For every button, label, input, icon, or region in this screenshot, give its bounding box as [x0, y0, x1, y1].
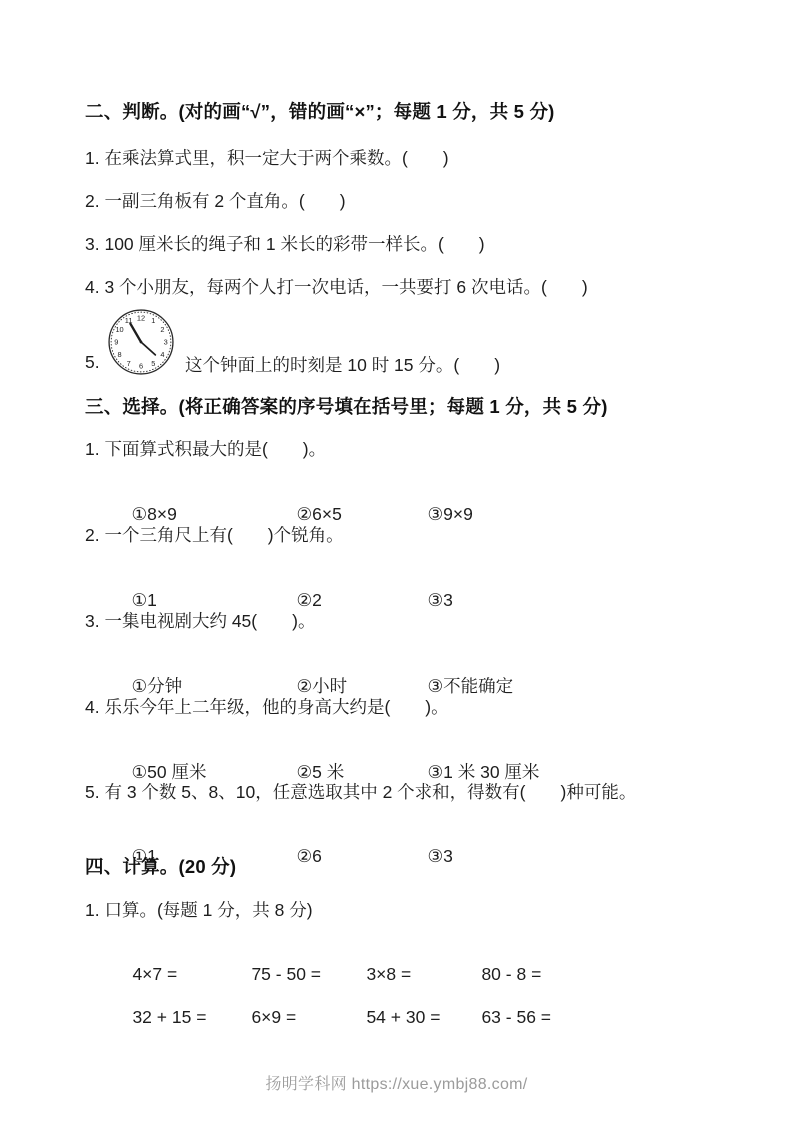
judge-question-2: 2. 一副三角板有 2 个直角。( ): [85, 190, 346, 212]
oral-calc-row-2: 32 + 15 =6×9 =54 + 30 =63 - 56 =: [113, 984, 551, 1050]
clock-numeral-4: 4: [160, 350, 164, 359]
calc-1-2: 75 - 50 =: [251, 963, 366, 985]
clock-numeral-12: 12: [137, 313, 145, 322]
question-5-number: 5.: [85, 352, 100, 373]
calc-1-3: 3×8 =: [366, 963, 481, 985]
clock-hour-hand: [141, 342, 155, 355]
option-1-2: ②6×5: [296, 503, 427, 525]
choice-question-1: 1. 下面算式积最大的是( )。: [85, 438, 326, 460]
section2-heading: 二、判断。(对的画“√”，错的画“×”；每题 1 分，共 5 分): [85, 101, 555, 123]
clock-numeral-7: 7: [127, 359, 131, 368]
option-5-2: ②6: [296, 845, 427, 867]
site-watermark: 扬明学科网 https://xue.ymbj88.com/: [0, 1071, 793, 1094]
choice-question-3: 3. 一集电视剧大约 45( )。: [85, 610, 315, 632]
choice-question-2: 2. 一个三角尺上有( )个锐角。: [85, 524, 344, 546]
clock-numeral-1: 1: [151, 316, 155, 325]
option-3-1: ①分钟: [131, 675, 296, 697]
clock-numeral-6: 6: [139, 362, 143, 371]
clock-numeral-10: 10: [115, 325, 123, 334]
clock-numeral-8: 8: [118, 350, 122, 359]
option-1-3: ③9×9: [427, 503, 472, 525]
clock-face-icon: 12 1 2 3 4 5 6 7 8 9 10 11: [107, 308, 175, 376]
option-5-3: ③3: [427, 845, 452, 867]
clock-image: 12 1 2 3 4 5 6 7 8 9 10 11: [107, 308, 175, 381]
option-3-2: ②小时: [296, 675, 427, 697]
calc-1-1: 4×7 =: [132, 963, 251, 985]
choice-question-5: 5. 有 3 个数 5、8、10，任意选取其中 2 个求和，得数有( )种可能。: [85, 781, 636, 803]
option-4-2: ②5 米: [296, 761, 427, 783]
judge-question-5: 5. 12 1 2 3 4 5 6 7 8 9 10 11 这: [85, 306, 725, 376]
clock-numeral-2: 2: [160, 325, 164, 334]
calc-2-1: 32 + 15 =: [132, 1006, 251, 1028]
question-5-text: 这个钟面上的时刻是 10 时 15 分。( ): [185, 352, 500, 377]
oral-calc-subheading: 1. 口算。(每题 1 分，共 8 分): [85, 899, 313, 921]
option-2-2: ②2: [296, 589, 427, 611]
clock-numeral-3: 3: [164, 338, 168, 347]
option-3-3: ③不能确定: [427, 675, 513, 697]
judge-question-4: 4. 3 个小朋友，每两个人打一次电话，一共要打 6 次电话。( ): [85, 276, 588, 298]
exam-paper-page: 二、判断。(对的画“√”，错的画“×”；每题 1 分，共 5 分) 1. 在乘法…: [0, 0, 793, 1122]
section3-heading: 三、选择。(将正确答案的序号填在括号里；每题 1 分，共 5 分): [85, 396, 608, 418]
option-1-1: ①8×9: [131, 503, 296, 525]
judge-question-3: 3. 100 厘米长的绳子和 1 米长的彩带一样长。( ): [85, 233, 485, 255]
choice-question-4: 4. 乐乐今年上二年级，他的身高大约是( )。: [85, 696, 449, 718]
clock-numeral-5: 5: [151, 359, 155, 368]
option-4-1: ①50 厘米: [131, 761, 296, 783]
clock-minute-hand: [130, 324, 141, 342]
section4-heading: 四、计算。(20 分): [85, 856, 236, 878]
calc-2-4: 63 - 56 =: [481, 1006, 551, 1028]
calc-1-4: 80 - 8 =: [481, 963, 541, 985]
clock-numeral-9: 9: [114, 338, 118, 347]
judge-question-1: 1. 在乘法算式里，积一定大于两个乘数。( ): [85, 147, 449, 169]
option-4-3: ③1 米 30 厘米: [427, 761, 539, 783]
calc-2-3: 54 + 30 =: [366, 1006, 481, 1028]
calc-2-2: 6×9 =: [251, 1006, 366, 1028]
option-2-1: ①1: [131, 589, 296, 611]
option-2-3: ③3: [427, 589, 452, 611]
